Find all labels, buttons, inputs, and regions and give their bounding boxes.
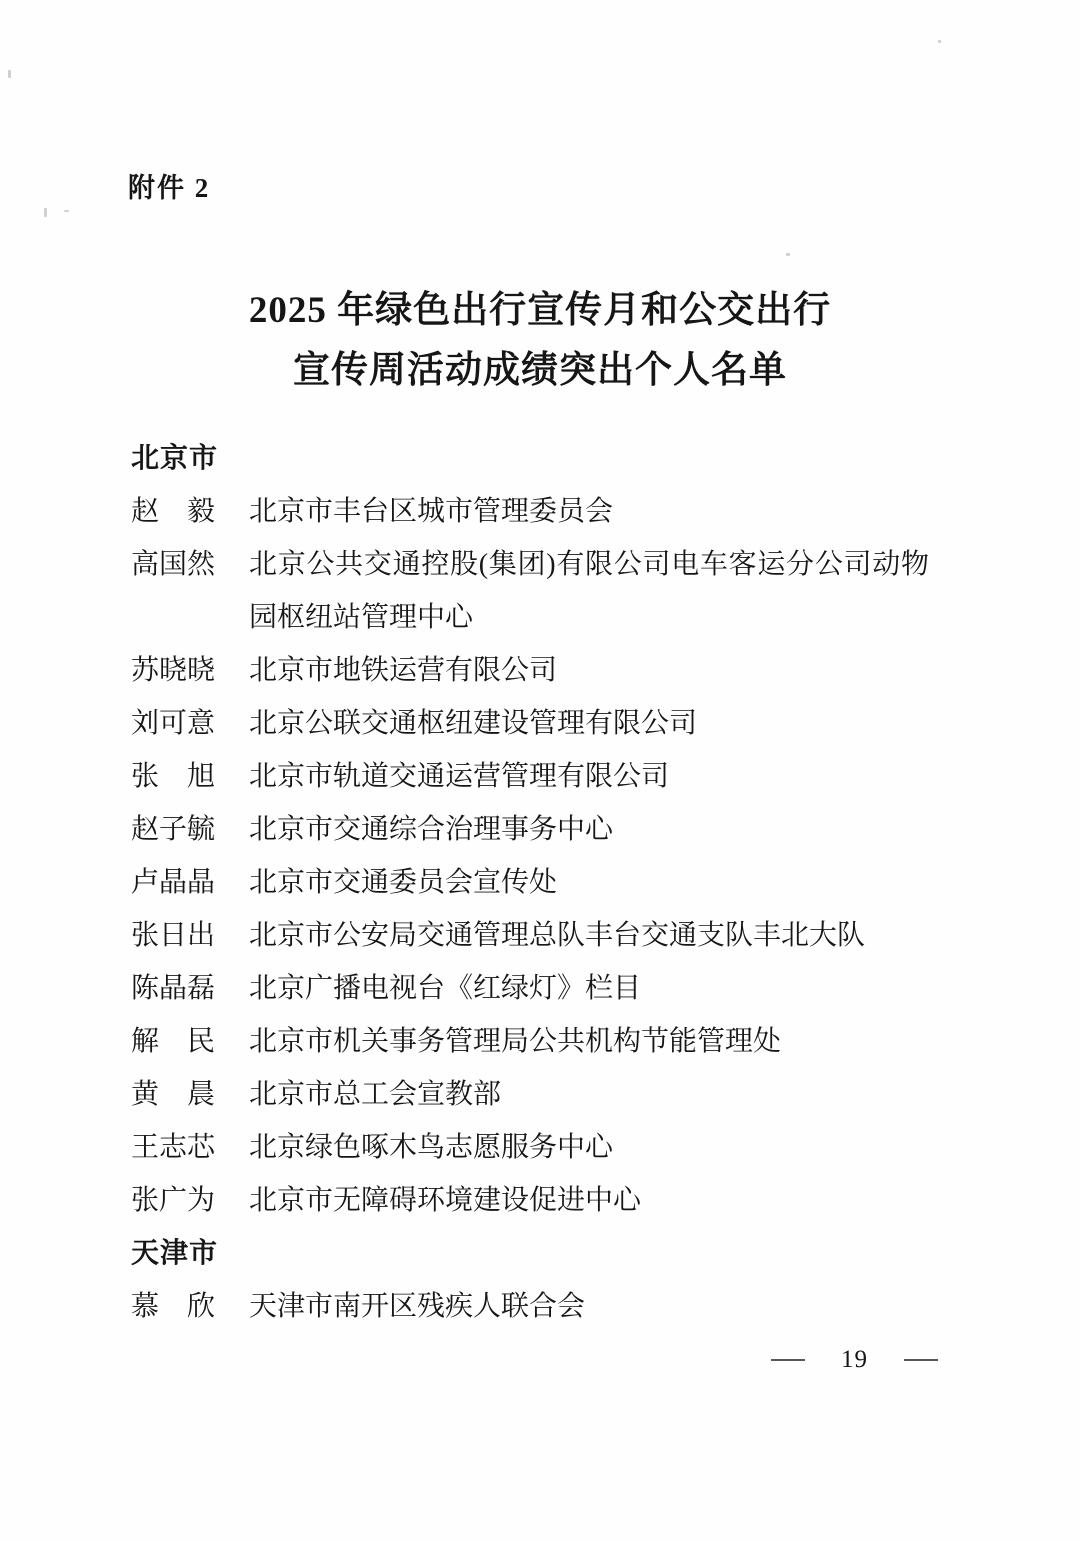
document-title-line1: 2025 年绿色出行宣传月和公交出行 [249, 290, 831, 331]
scan-artifact [64, 210, 69, 212]
list-item: 解民 北京市机关事务管理局公共机构节能管理处 [131, 1015, 941, 1068]
list-item: 慕欣 天津市南开区残疾人联合会 [131, 1280, 941, 1333]
person-name: 陈晶磊 [131, 962, 215, 1015]
person-name: 赵子毓 [131, 803, 215, 856]
list-item: 张日出 北京市公安局交通管理总队丰台交通支队丰北大队 [131, 909, 941, 962]
list-item: 王志芯 北京绿色啄木鸟志愿服务中心 [131, 1121, 941, 1174]
person-name: 卢晶晶 [131, 856, 215, 909]
page-number-value: 19 [841, 1346, 868, 1374]
scan-artifact [938, 40, 941, 43]
list-item: 黄晨 北京市总工会宣教部 [131, 1068, 941, 1121]
region-entries: 赵毅 北京市丰台区城市管理委员会 高国然 北京公共交通控股(集团)有限公司电车客… [131, 485, 941, 1227]
region-header: 北京市 [131, 432, 941, 485]
organization: 北京市机关事务管理局公共机构节能管理处 [249, 1015, 929, 1068]
organization: 北京市丰台区城市管理委员会 [249, 485, 929, 538]
document-title-line2: 宣传周活动成绩突出个人名单 [293, 350, 787, 391]
scan-artifact [44, 208, 47, 217]
list-item: 赵毅 北京市丰台区城市管理委员会 [131, 485, 941, 538]
person-name: 解民 [131, 1015, 215, 1068]
organization: 北京市地铁运营有限公司 [249, 644, 929, 697]
list-item: 赵子毓 北京市交通综合治理事务中心 [131, 803, 941, 856]
person-name: 刘可意 [131, 697, 215, 750]
list-item: 卢晶晶 北京市交通委员会宣传处 [131, 856, 941, 909]
organization: 北京市公安局交通管理总队丰台交通支队丰北大队 [249, 909, 929, 962]
person-name: 赵毅 [131, 485, 215, 538]
organization: 北京公共交通控股(集团)有限公司电车客运分公司动物园枢纽站管理中心 [249, 538, 929, 644]
organization: 北京市无障碍环境建设促进中心 [249, 1174, 929, 1227]
page-number-right-dash [904, 1359, 938, 1361]
scan-artifact [786, 253, 790, 256]
person-name: 王志芯 [131, 1121, 215, 1174]
list-item: 张旭 北京市轨道交通运营管理有限公司 [131, 750, 941, 803]
list-item: 苏晓晓 北京市地铁运营有限公司 [131, 644, 941, 697]
person-name: 苏晓晓 [131, 644, 215, 697]
list-item: 张广为 北京市无障碍环境建设促进中心 [131, 1174, 941, 1227]
page-number: 19 [771, 1346, 938, 1374]
attachment-label: 附件 2 [128, 166, 210, 205]
scan-artifact [8, 70, 11, 78]
organization: 北京市总工会宣教部 [249, 1068, 929, 1121]
organization: 北京市轨道交通运营管理有限公司 [249, 750, 929, 803]
region-section: 天津市 慕欣 天津市南开区残疾人联合会 [131, 1227, 941, 1333]
person-name: 张旭 [131, 750, 215, 803]
region-section: 北京市 赵毅 北京市丰台区城市管理委员会 高国然 北京公共交通控股(集团)有限公… [131, 432, 941, 1227]
list-item: 高国然 北京公共交通控股(集团)有限公司电车客运分公司动物园枢纽站管理中心 [131, 538, 941, 644]
list-item: 陈晶磊 北京广播电视台《红绿灯》栏目 [131, 962, 941, 1015]
person-name: 张日出 [131, 909, 215, 962]
region-entries: 慕欣 天津市南开区残疾人联合会 [131, 1280, 941, 1333]
organization: 天津市南开区残疾人联合会 [249, 1280, 929, 1333]
person-name: 张广为 [131, 1174, 215, 1227]
organization: 北京绿色啄木鸟志愿服务中心 [249, 1121, 929, 1174]
organization: 北京公联交通枢纽建设管理有限公司 [249, 697, 929, 750]
award-list: 北京市 赵毅 北京市丰台区城市管理委员会 高国然 北京公共交通控股(集团)有限公… [131, 432, 941, 1333]
region-header: 天津市 [131, 1227, 941, 1280]
list-item: 刘可意 北京公联交通枢纽建设管理有限公司 [131, 697, 941, 750]
organization: 北京广播电视台《红绿灯》栏目 [249, 962, 929, 1015]
person-name: 高国然 [131, 538, 215, 591]
document-page: 附件 2 2025 年绿色出行宣传月和公交出行 宣传周活动成绩突出个人名单 北京… [0, 0, 1080, 1541]
organization: 北京市交通委员会宣传处 [249, 856, 929, 909]
document-title: 2025 年绿色出行宣传月和公交出行 宣传周活动成绩突出个人名单 [0, 281, 1080, 401]
organization: 北京市交通综合治理事务中心 [249, 803, 929, 856]
page-number-left-dash [771, 1359, 805, 1361]
person-name: 慕欣 [131, 1280, 215, 1333]
person-name: 黄晨 [131, 1068, 215, 1121]
